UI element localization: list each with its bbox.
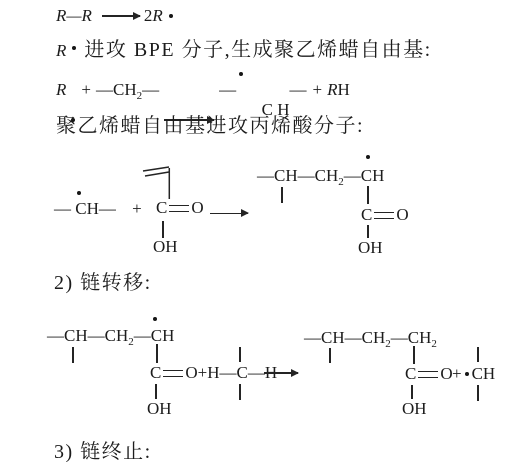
plus-sign: +: [452, 364, 462, 384]
bond-vertical: [367, 225, 369, 238]
carbonyl-o: O: [191, 198, 203, 218]
bond-vertical: [477, 385, 479, 401]
carbonyl-o: O: [440, 364, 452, 384]
bond-dash: —: [142, 80, 159, 100]
radical-dot-icon: [153, 317, 157, 321]
rxn2-radical-product: + CH: [452, 364, 495, 384]
radical-dot-icon: [72, 46, 76, 50]
scanned-document-page: R—R 2 R R 进攻 BPE 分子,生成聚乙烯蜡自由基: R + —CH 2…: [0, 0, 514, 462]
bond-vertical: [413, 346, 415, 364]
rxn2-left-hydroxyl: OH: [147, 399, 172, 419]
plus-sign: +: [132, 199, 142, 219]
bond-vertical: [155, 384, 157, 399]
reaction-arrow-icon: [102, 15, 140, 16]
methylene-group: —CH: [96, 80, 137, 100]
chain-segment: —CH—CH: [304, 328, 385, 348]
bond-vertical: [367, 186, 369, 204]
hydroxyl-oh: OH: [147, 399, 172, 418]
rxn2-left-carbonyl-row: C O +H—C—H: [150, 363, 277, 383]
equation-initiation: R—R 2 R: [56, 6, 173, 26]
chain-ch: — CH—: [54, 199, 120, 219]
bond-dash: —: [219, 80, 236, 100]
rxn1-acid-hydroxyl: OH: [153, 237, 178, 257]
rxn2-left-chain: —CH—CH 2 —CH: [47, 326, 174, 346]
rh-r: R: [327, 80, 337, 100]
bond-vertical: [239, 384, 241, 400]
bond-vertical: [162, 221, 164, 238]
propagation-description-line: 聚乙烯蜡自由基进攻丙烯酸分子:: [56, 109, 364, 138]
attack-radical-r: R: [56, 41, 66, 61]
radical-dot-icon: [366, 155, 370, 159]
hydroxyl-oh: OH: [358, 238, 383, 257]
attack-text: 进攻 BPE 分子,生成聚乙烯蜡自由基:: [84, 33, 431, 62]
chain-segment: —CH—CH: [257, 166, 338, 186]
eq-initiation-lhs: R—R: [56, 6, 92, 26]
propagation-text: 聚乙烯蜡自由基进攻丙烯酸分子:: [56, 115, 364, 137]
radical-dot-icon: [465, 372, 469, 376]
bond-vertical: [477, 347, 479, 362]
carbonyl-o: O: [185, 363, 197, 383]
termination-heading: 3) 链终止:: [54, 435, 152, 462]
rh-h: H: [337, 80, 349, 100]
subscript-2: 2: [338, 176, 344, 188]
vinyl-double-bond-icon: [142, 162, 174, 199]
double-bond-icon: [169, 205, 189, 212]
plus-sign: +: [81, 80, 91, 100]
bond-vertical: [156, 344, 158, 363]
carbonyl-c: C: [361, 205, 372, 225]
radical-ch: CH: [472, 364, 496, 384]
subscript-2: 2: [137, 90, 143, 102]
abstraction-r: R: [56, 80, 66, 100]
rxn1-product-hydroxyl: OH: [358, 238, 383, 258]
bond-vertical: [72, 347, 74, 363]
carbonyl-c: C: [405, 364, 416, 384]
chain-segment: —CH: [134, 326, 175, 346]
radical-dot-icon: [239, 72, 243, 76]
chain-segment: —CH: [391, 328, 432, 348]
hydroxyl-oh: OH: [153, 237, 178, 256]
rxn1-product-carbonyl: C O: [361, 205, 409, 225]
chain-segment: —CH—CH: [47, 326, 128, 346]
bond-vertical: [411, 385, 413, 399]
eq-initiation-radical: R: [152, 6, 162, 26]
bond-dash: —: [289, 80, 306, 100]
radical-dot-icon: [169, 14, 173, 18]
reaction-arrow-icon: [264, 372, 298, 373]
double-bond-icon: [163, 370, 183, 377]
transfer-heading: 2) 链转移:: [54, 266, 152, 295]
attack-description-line: R 进攻 BPE 分子,生成聚乙烯蜡自由基:: [56, 33, 432, 62]
rxn1-acid-carbonyl: C O: [156, 198, 204, 218]
hydroxyl-oh: OH: [402, 399, 427, 418]
carbonyl-c: C: [150, 363, 161, 383]
carbonyl-o: O: [396, 205, 408, 225]
reaction-arrow-icon: [210, 213, 248, 214]
rxn2-right-carbonyl: C O: [405, 364, 453, 384]
subscript-2: 2: [385, 338, 391, 350]
chain-segment: —CH: [344, 166, 385, 186]
subscript-2: 2: [431, 338, 437, 350]
plus-sign: +: [312, 80, 322, 100]
carbonyl-c: C: [156, 198, 167, 218]
rxn1-reactant-radical: — CH— +: [54, 199, 142, 219]
double-bond-icon: [418, 371, 438, 378]
subscript-2: 2: [128, 336, 134, 348]
rxn2-right-chain: —CH—CH 2 —CH 2: [304, 328, 437, 348]
rxn2-right-hydroxyl: OH: [402, 399, 427, 419]
double-bond-icon: [374, 212, 394, 219]
rxn1-product-chain: —CH—CH 2 —CH: [257, 166, 384, 186]
bond-vertical: [239, 347, 241, 362]
radical-dot-icon: [77, 191, 81, 195]
bond-vertical: [281, 187, 283, 203]
bond-vertical: [329, 348, 331, 363]
